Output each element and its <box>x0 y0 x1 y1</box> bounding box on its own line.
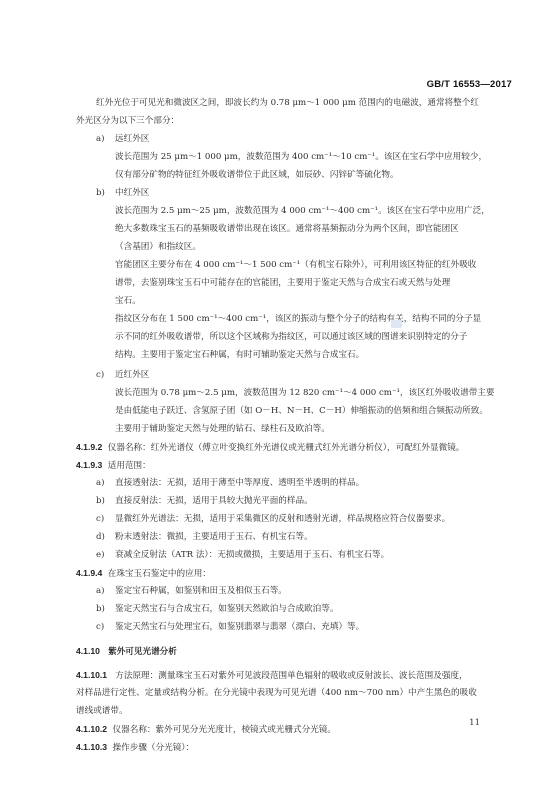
list-label: a) <box>96 585 104 597</box>
clause-number: 4.1.10.1 <box>76 670 107 680</box>
section-heading-4-1-10: 4.1.10 紫外可见光谱分析 <box>76 645 177 658</box>
list-label: b) <box>96 187 105 199</box>
list-label: a) <box>96 477 104 489</box>
paragraph-line: 波长范围为 0.78 μm～2.5 μm，波数范围为 12 820 cm⁻¹～4… <box>115 387 494 399</box>
paragraph-line: 波长范围为 2.5 μm～25 μm，波数范围为 4 000 cm⁻¹～400 … <box>115 205 490 217</box>
clause-text: 仪器名称：紫外可见分光光度计，棱镜式或光栅式分光镜。 <box>113 725 336 735</box>
section-title: 紫外可见光谱分析 <box>108 647 177 657</box>
clause-text: 方法原理：测量珠宝玉石对紫外可见波段范围单色辐射的吸收或反射波长、波长范围及强度… <box>115 671 467 681</box>
region-title-far-ir: 远红外区 <box>115 133 149 145</box>
paragraph-line: 绝大多数珠宝玉石的基频吸收谱带出现在该区。通常将基频振动分为两个区间，即官能团区 <box>115 223 459 235</box>
clause-4-1-10-1: 4.1.10.1 方法原理：测量珠宝玉石对紫外可见波段范围单色辐射的吸收或反射波… <box>76 669 468 682</box>
page-number: 11 <box>469 718 480 728</box>
list-item: 衰减全反射法（ATR 法）：无损或微损，主要适用于玉石、有机宝石等。 <box>115 549 389 561</box>
paragraph-line: （含基团）和指纹区。 <box>115 241 201 253</box>
watermark-icon <box>391 320 402 328</box>
paragraph-line: 对样品进行定性、定量或结构分析。在分光镜中表现为可见光谱（400 nm～700 … <box>76 687 477 699</box>
clause-number: 4.1.10.3 <box>76 742 107 752</box>
list-item: 鉴定天然宝石与合成宝石，如鉴别天然欧泊与合成欧泊等。 <box>115 603 338 615</box>
paragraph-line: 谱线或谱带。 <box>76 705 128 717</box>
region-title-mid-ir: 中红外区 <box>115 187 149 199</box>
standard-code-header: GB/T 16553—2017 <box>427 79 512 90</box>
clause-text: 仪器名称：红外光谱仪（傅立叶变换红外光谱仪或光栅式红外光谱分析仪），可配红外显微… <box>108 443 465 453</box>
list-label: d) <box>96 531 105 543</box>
intro-line-1: 红外光位于可见光和微波区之间，即波长约为 0.78 μm～1 000 μm 范围… <box>96 97 479 109</box>
list-label: e) <box>96 549 104 561</box>
paragraph-line: 结构。主要用于鉴定宝石种属，有时可辅助鉴定天然与合成宝石。 <box>115 349 364 361</box>
list-label: c) <box>96 621 104 633</box>
paragraph-line: 是由低能电子跃迁、含氢原子团（如 O－H、N－H、C－H）伸缩振动的倍频和组合频… <box>115 405 488 417</box>
clause-number: 4.1.10.2 <box>76 724 107 734</box>
paragraph-line: 波长范围为 25 μm～1 000 μm，波数范围为 400 cm⁻¹～10 c… <box>115 151 487 163</box>
clause-number: 4.1.9.4 <box>76 568 102 578</box>
clause-text: 操作步骤（分光镜）： <box>113 743 195 753</box>
clause-4-1-9-4: 4.1.9.4 在珠宝玉石鉴定中的应用： <box>76 567 211 580</box>
list-item: 显微红外光谱法：无损，适用于采集微区的反射和透射光谱，样品规格应符合仪器要求。 <box>115 513 450 525</box>
clause-number: 4.1.9.3 <box>76 460 102 470</box>
list-label: a) <box>96 133 104 145</box>
clause-4-1-10-2: 4.1.10.2 仪器名称：紫外可见分光光度计，棱镜式或光栅式分光镜。 <box>76 723 336 736</box>
list-label: b) <box>96 603 105 615</box>
list-item: 直接透射法：无损，适用于薄至中等厚度、透明至半透明的样品。 <box>115 477 364 489</box>
paragraph-line: 示不同的红外吸收谱带，所以这个区域称为指纹区，可以通过该区域的图谱来识别特定的分… <box>115 331 467 343</box>
paragraph-line: 仅有部分矿物的特征红外吸收谱带位于此区域，如辰砂、闪锌矿等硫化物。 <box>115 169 399 181</box>
clause-4-1-9-2: 4.1.9.2 仪器名称：红外光谱仪（傅立叶变换红外光谱仪或光栅式红外光谱分析仪… <box>76 441 464 454</box>
list-item: 直接反射法：无损，适用于具较大抛光平面的样品。 <box>115 495 313 507</box>
region-title-near-ir: 近红外区 <box>115 369 149 381</box>
clause-4-1-9-3: 4.1.9.3 适用范围： <box>76 459 151 472</box>
intro-line-2: 外光区分为以下三个部分： <box>76 115 179 127</box>
list-item: 鉴定天然宝石与处理宝石，如鉴别翡翠与翡翠（漂白、充填）等。 <box>115 621 364 633</box>
clause-text: 在珠宝玉石鉴定中的应用： <box>108 569 211 579</box>
list-item: 粉末透射法：微损，主要适用于玉石、有机宝石等。 <box>115 531 313 543</box>
clause-text: 适用范围： <box>108 461 151 471</box>
list-label: c) <box>96 513 104 525</box>
list-item: 鉴定宝石种属，如鉴别和田玉及相似玉石等。 <box>115 585 287 597</box>
paragraph-line: 指纹区分布在 1 500 cm⁻¹～400 cm⁻¹，该区的振动与整个分子的结构… <box>115 313 481 325</box>
paragraph-line: 主要用于辅助鉴定天然与处理的钻石、绿柱石及欧泊等。 <box>115 423 330 435</box>
section-number: 4.1.10 <box>76 646 100 656</box>
paragraph-line: 宝石。 <box>115 295 141 307</box>
clause-4-1-10-3: 4.1.10.3 操作步骤（分光镜）： <box>76 741 194 754</box>
list-label: b) <box>96 495 105 507</box>
list-label: c) <box>96 369 104 381</box>
paragraph-line: 官能团区主要分布在 4 000 cm⁻¹～1 500 cm⁻¹（有机宝石除外），… <box>115 259 476 271</box>
paragraph-line: 谱带，去鉴别珠宝玉石中可能存在的官能团，主要用于鉴定天然与合成宝石或天然与处理 <box>115 277 450 289</box>
clause-number: 4.1.9.2 <box>76 442 102 452</box>
